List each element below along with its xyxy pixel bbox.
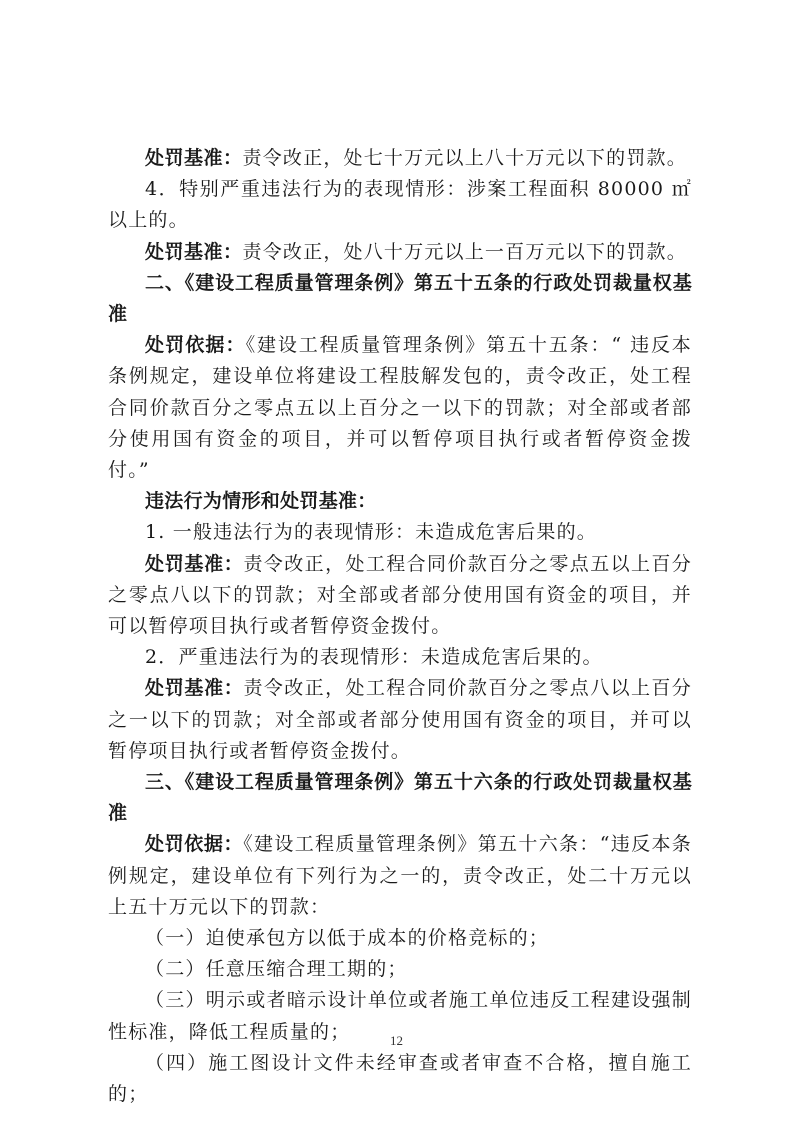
label-penalty-standard: 处罚基准： [145, 241, 243, 263]
paragraph-case-4: 4．特别严重违法行为的表现情形：涉案工程面积 80000 ㎡以上的。 [108, 174, 692, 236]
paragraph-case-1: 1. 一般违法行为的表现情形：未造成危害后果的。 [108, 517, 692, 548]
section-heading-2: 二、《建设工程质量管理条例》第五十五条的行政处罚裁量权基准 [108, 268, 692, 330]
section-heading-3: 三、《建设工程质量管理条例》第五十六条的行政处罚裁量权基准 [108, 767, 692, 829]
label-penalty-standard: 处罚基准： [145, 677, 243, 699]
paragraph-case-2: 2．严重违法行为的表现情形：未造成危害后果的。 [108, 642, 692, 673]
list-item-4: （四）施工图设计文件未经审查或者审查不合格，擅自施工的； [108, 1048, 692, 1110]
page-number: 12 [0, 1033, 793, 1049]
document-page: 处罚基准：责令改正，处七十万元以上八十万元以下的罚款。 4．特别严重违法行为的表… [108, 143, 692, 1110]
subheading-violation-cases: 违法行为情形和处罚基准： [108, 486, 692, 517]
paragraph-penalty-standard-55-1: 处罚基准：责令改正，处工程合同价款百分之零点五以上百分之零点八以下的罚款；对全部… [108, 549, 692, 643]
paragraph-penalty-basis-55: 处罚依据：《建设工程质量管理条例》第五十五条：“ 违反本条例规定，建设单位将建设… [108, 330, 692, 486]
paragraph-penalty-basis-56: 处罚依据：《建设工程质量管理条例》第五十六条：“违反本条例规定，建设单位有下列行… [108, 829, 692, 923]
paragraph-penalty-standard-4: 处罚基准：责令改正，处八十万元以上一百万元以下的罚款。 [108, 237, 692, 268]
list-item-1: （一）迫使承包方以低于成本的价格竞标的； [108, 923, 692, 954]
label-penalty-basis: 处罚依据： [145, 833, 243, 855]
paragraph-penalty-standard-55-2: 处罚基准：责令改正，处工程合同价款百分之零点八以上百分之一以下的罚款；对全部或者… [108, 673, 692, 767]
label-penalty-standard: 处罚基准： [145, 147, 243, 169]
paragraph-penalty-standard-3: 处罚基准：责令改正，处七十万元以上八十万元以下的罚款。 [108, 143, 692, 174]
list-item-2: （二）任意压缩合理工期的； [108, 954, 692, 985]
label-penalty-basis: 处罚依据： [145, 334, 246, 356]
label-penalty-standard: 处罚基准： [145, 553, 243, 575]
